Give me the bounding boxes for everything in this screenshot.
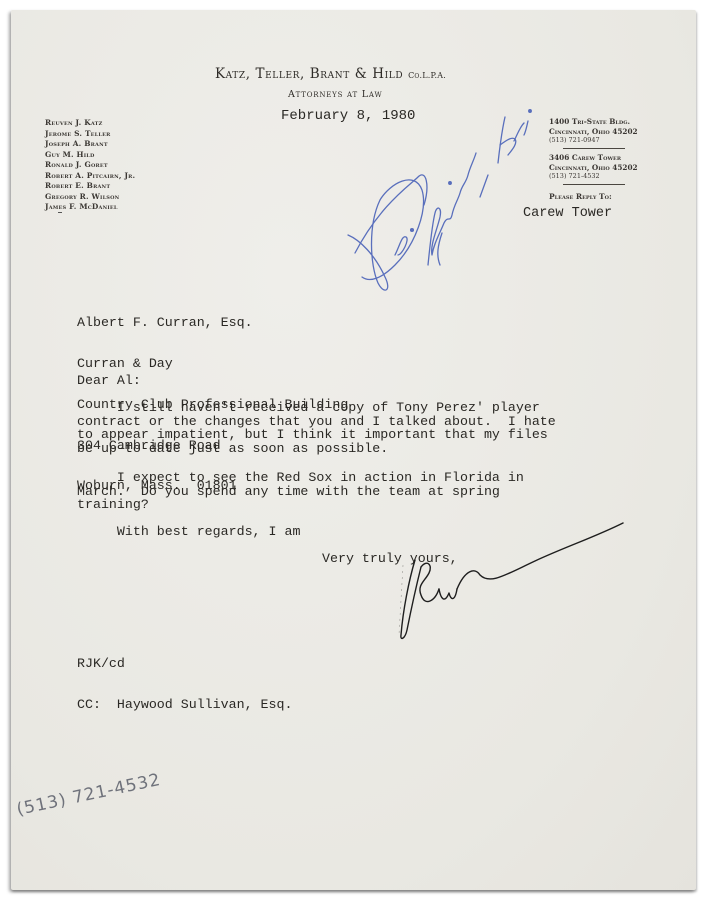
office-address: 1400 Tri-State Bldg. <box>549 117 638 127</box>
reply-to-label: Please Reply To: <box>549 192 612 201</box>
partner-name: Robert A. Pitcairn, Jr. <box>45 171 135 182</box>
firm-name-text: Katz, Teller, Brant & Hild <box>215 66 403 82</box>
firm-suffix: Co.L.P.A. <box>408 71 446 80</box>
cc-line: CC: Haywood Sullivan, Esq. <box>77 698 292 712</box>
office-phone: (513) 721-0947 <box>549 136 638 146</box>
salutation: Dear Al: <box>77 374 141 388</box>
complimentary-close: Very truly yours, <box>322 552 458 566</box>
partner-name: Robert E. Brant <box>45 181 135 192</box>
firm-name: Katz, Teller, Brant & Hild Co.L.P.A. <box>215 66 515 82</box>
reply-to-value: Carew Tower <box>523 206 612 221</box>
letter-date: February 8, 1980 <box>281 108 415 124</box>
office-carew-tower: 3406 Carew Tower Cincinnati, Ohio 45202 … <box>549 153 638 182</box>
office-tri-state: 1400 Tri-State Bldg. Cincinnati, Ohio 45… <box>549 117 638 146</box>
reference-block: RJK/cd CC: Haywood Sullivan, Esq. <box>77 630 292 725</box>
closing-line: With best regards, I am <box>77 525 300 539</box>
partner-name: Joseph A. Brant <box>45 139 135 150</box>
reference-initials: RJK/cd <box>77 657 292 671</box>
address-line: Albert F. Curran, Esq. <box>77 316 348 330</box>
partner-list: Reuven J. Katz Jerome S. Teller Joseph A… <box>45 118 135 213</box>
partner-name: Guy M. Hild <box>45 150 135 161</box>
body-paragraph: I expect to see the Red Sox in action in… <box>77 471 524 512</box>
partner-name: Jerome S. Teller <box>45 129 135 140</box>
address-line: Curran & Day <box>77 357 348 371</box>
partner-name: James F. McDaniel <box>45 202 135 213</box>
office-city: Cincinnati, Ohio 45202 <box>549 127 638 137</box>
partner-name: Ronald J. Goret <box>45 160 135 171</box>
partner-name: Reuven J. Katz <box>45 118 135 129</box>
stray-mark <box>58 212 62 213</box>
firm-subtitle: Attorneys at Law <box>288 89 382 100</box>
office-city: Cincinnati, Ohio 45202 <box>549 163 638 173</box>
office-divider <box>563 184 625 185</box>
body-paragraph: I still haven't received a copy of Tony … <box>77 401 556 455</box>
partner-name: Gregory R. Wilson <box>45 192 135 203</box>
office-address: 3406 Carew Tower <box>549 153 638 163</box>
office-phone: (513) 721-4532 <box>549 172 638 182</box>
office-divider <box>563 148 625 149</box>
